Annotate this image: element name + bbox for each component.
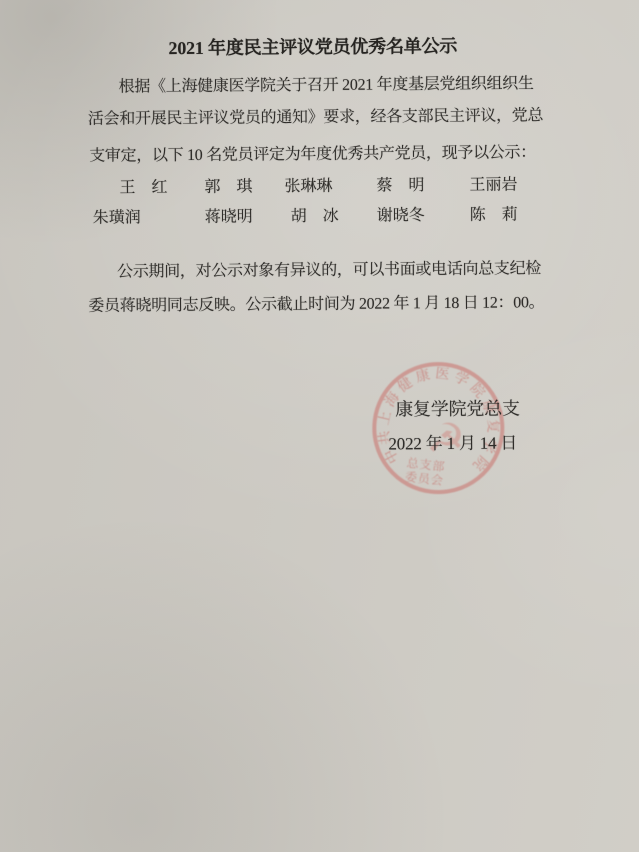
name-item: 谢晓冬: [377, 206, 425, 226]
name-item: 蒋晓明: [205, 208, 253, 228]
paragraph2-line2: 委员蒋晓明同志反映。公示截止时间为 2022 年 1 月 18 日 12：00。: [88, 293, 544, 317]
paragraph1-line2: 活会和开展民主评议党员的通知》要求，经各支部民主评议，党总: [88, 106, 543, 130]
signature-org: 康复学院党总支: [395, 398, 520, 419]
names-row-2: 朱璜润 蒋晓明 胡 冰 谢晓冬 陈 莉: [0, 0, 637, 3]
signature-date: 2022 年 1 月 14 日: [388, 433, 517, 454]
name-item: 胡 冰: [291, 207, 339, 227]
name-item: 陈 莉: [470, 205, 518, 225]
name-item: 王 红: [119, 178, 167, 198]
paragraph1-line3: 支审定，以下 10 名党员评定为年度优秀共产党员，现予以公示：: [89, 143, 536, 167]
paragraph2-line1: 公示期间，对公示对象有异议的，可以书面或电话向总支纪检: [117, 259, 541, 282]
document-content: 2021 年度民主评议党员优秀名单公示 根据《上海健康医学院关于召开 2021 …: [0, 0, 639, 852]
name-item: 王丽岩: [469, 175, 517, 195]
document-photo: 2021 年度民主评议党员优秀名单公示 根据《上海健康医学院关于召开 2021 …: [0, 0, 639, 852]
document-title: 2021 年度民主评议党员优秀名单公示: [0, 35, 627, 60]
name-item: 蔡 明: [376, 176, 424, 196]
official-seal-stamp: 中共上海健康医学院康复学院 ☭ 总支部 委员会: [363, 352, 514, 503]
paragraph1-line1: 根据《上海健康医学院关于召开 2021 年度基层党组织组织生: [119, 74, 534, 97]
names-row-1: 王 红 郭 琪 张琳琳 蔡 明 王丽岩: [0, 0, 637, 3]
name-item: 郭 琪: [204, 178, 252, 198]
name-item: 张琳琳: [284, 177, 332, 197]
name-item: 朱璜润: [93, 208, 141, 228]
